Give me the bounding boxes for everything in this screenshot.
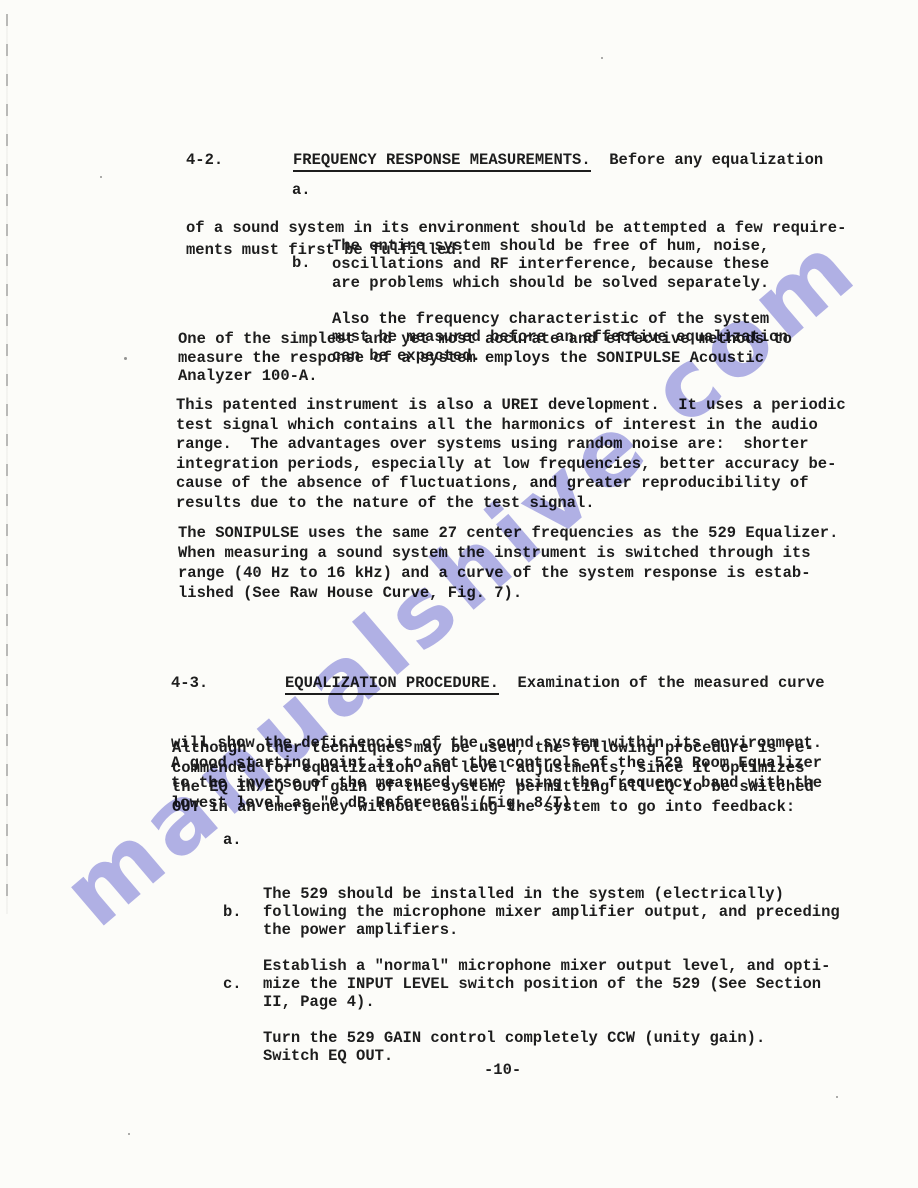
scan-speck xyxy=(601,57,603,59)
list-marker: b. xyxy=(292,254,311,273)
section-lead-text: Before any equalization xyxy=(591,151,824,169)
section-4-2-heading-line: 4-2.FREQUENCY RESPONSE MEASUREMENTS. Bef… xyxy=(186,149,846,172)
paragraph-sonipulse-method: One of the simplest and yet most accurat… xyxy=(178,330,792,386)
list-marker: c. xyxy=(223,975,242,993)
paragraph-recommended-procedure: Although other techniques may be used, t… xyxy=(172,739,814,817)
section-lead-text: Examination of the measured curve xyxy=(499,674,825,692)
section-number: 4-2. xyxy=(186,149,293,172)
scan-speck xyxy=(100,176,102,178)
list-marker: b. xyxy=(223,903,242,921)
section-4-3-heading-line: 4-3.EQUALIZATION PROCEDURE. Examination … xyxy=(171,673,825,693)
paragraph-sonipulse-frequencies: The SONIPULSE uses the same 27 center fr… xyxy=(178,523,838,603)
scan-speck xyxy=(128,1133,130,1135)
section-heading: EQUALIZATION PROCEDURE. xyxy=(285,674,499,695)
scanned-manual-page: 4-2.FREQUENCY RESPONSE MEASUREMENTS. Bef… xyxy=(0,0,918,1188)
page-number: -10- xyxy=(484,1061,521,1079)
section-number: 4-3. xyxy=(171,673,285,693)
scan-edge-artifact xyxy=(6,14,8,914)
section-heading: FREQUENCY RESPONSE MEASUREMENTS. xyxy=(293,151,591,172)
list-marker: a. xyxy=(292,181,311,200)
paragraph-patented-instrument: This patented instrument is also a UREI … xyxy=(176,396,846,513)
scan-speck xyxy=(836,1096,838,1098)
list-item-4-3-c: c. Turn the 529 GAIN control completely … xyxy=(223,975,765,1101)
list-item-text: Turn the 529 GAIN control completely CCW… xyxy=(263,1029,765,1065)
scan-speck xyxy=(124,357,127,360)
list-marker: a. xyxy=(223,831,242,849)
